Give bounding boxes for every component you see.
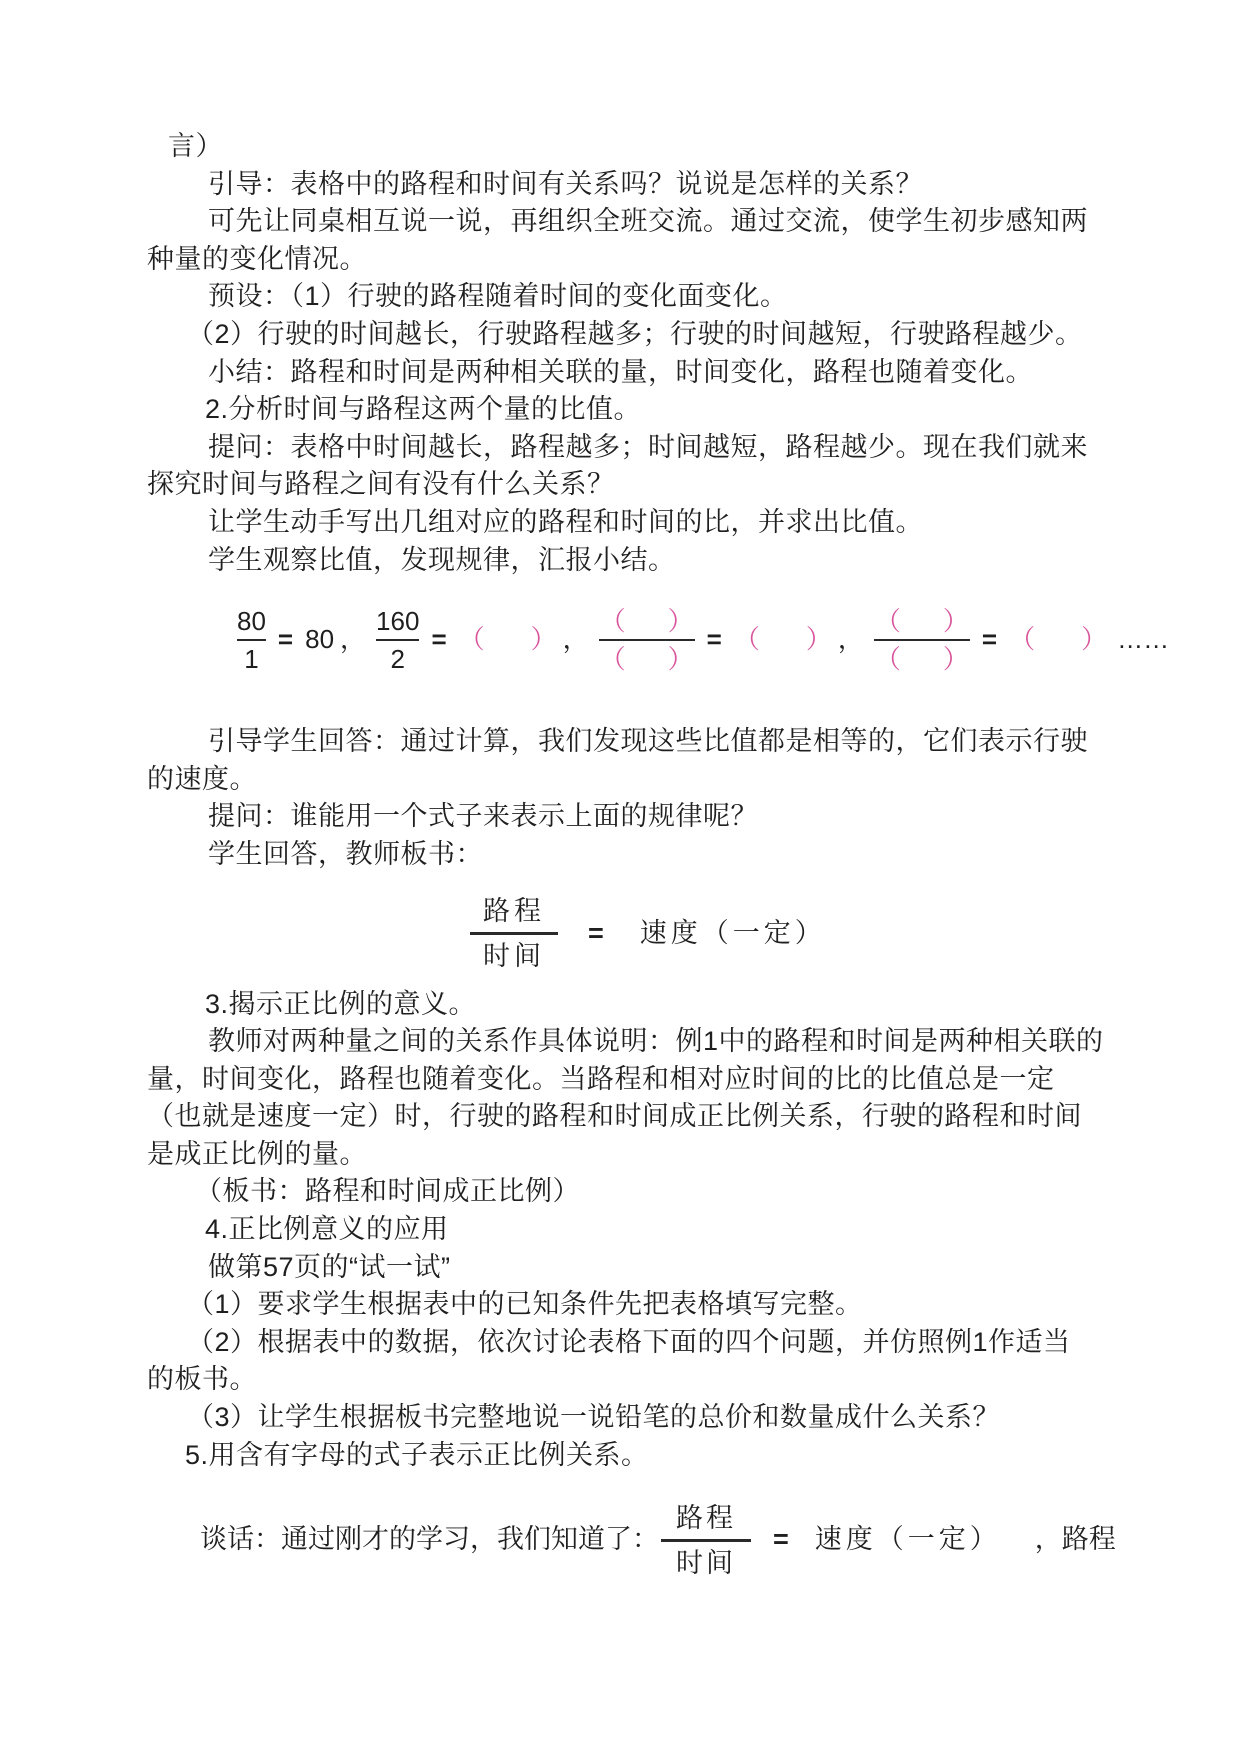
close-paren: ）	[806, 621, 832, 659]
ratio-value-80: 80	[305, 621, 334, 659]
text-line: （2）行驶的时间越长，行驶路程越多；行驶的时间越短，行驶路程越少。	[187, 316, 1112, 354]
fraction-denominator: （）	[600, 642, 694, 676]
open-paren: （	[1009, 621, 1035, 659]
fraction-denominator: 1	[244, 642, 258, 676]
text-line: 学生观察比值，发现规律，汇报小结。	[208, 542, 1112, 580]
open-paren: （	[875, 642, 901, 676]
text-line: 言）	[168, 128, 1112, 166]
open-paren: （	[600, 642, 626, 676]
blank-fraction: （） （）	[599, 604, 695, 676]
close-paren: ）	[668, 604, 694, 638]
fraction-numerator: （）	[875, 604, 969, 638]
closing-tail-text: ，路程	[1035, 1521, 1116, 1559]
text-line: 是成正比例的量。	[147, 1136, 1112, 1174]
blank-fraction: （） （）	[874, 604, 970, 676]
open-paren: （	[875, 604, 901, 638]
text-line: 提问：谁能用一个式子来表示上面的规律呢？	[208, 798, 1112, 836]
text-line: 量，时间变化，路程也随着变化。当路程和相对应时间的比的比值总是一定	[147, 1061, 1112, 1099]
blank-parens: （）	[1009, 621, 1107, 659]
blank-parens: （）	[459, 621, 557, 659]
fraction-bar	[661, 1539, 751, 1542]
comma: ，	[838, 621, 864, 659]
blank-parens: （）	[734, 621, 832, 659]
fraction-denominator: 时间	[483, 936, 545, 976]
fraction-bar	[470, 932, 558, 935]
formula-result: 速度（一定）	[640, 915, 826, 953]
fraction-bar	[874, 639, 970, 641]
text-line: 学生回答，教师板书：	[208, 836, 1112, 874]
text-line: 做第57页的“试一试”	[208, 1249, 1112, 1287]
text-line: 探究时间与路程之间有没有什么关系？	[147, 466, 1112, 504]
closing-lead-text: 谈话：通过刚才的学习，我们知道了：	[200, 1521, 659, 1559]
equals-sign: =	[705, 621, 724, 659]
fraction-numerator: （）	[600, 604, 694, 638]
equals-sign: =	[588, 915, 604, 953]
open-paren: （	[459, 621, 485, 659]
fraction-denominator: 时间	[676, 1543, 736, 1583]
formula-result: 速度（一定）	[815, 1521, 1001, 1559]
text-line: 教师对两种量之间的关系作具体说明：例1中的路程和时间是两种相关联的	[208, 1023, 1112, 1061]
text-line: 的板书。	[147, 1361, 1112, 1399]
open-paren: （	[734, 621, 760, 659]
text-line: 5.用含有字母的式子表示正比例关系。	[185, 1437, 1112, 1475]
comma: ，	[340, 621, 366, 659]
text-line: 可先让同桌相互说一说，再组织全班交流。通过交流，使学生初步感知两	[208, 203, 1112, 241]
text-line: 让学生动手写出几组对应的路程和时间的比，并求出比值。	[208, 504, 1112, 542]
text-line: （也就是速度一定）时，行驶的路程和时间成正比例关系，行驶的路程和时间	[147, 1098, 1112, 1136]
text-line: 4.正比例意义的应用	[205, 1211, 1112, 1249]
closing-line: 谈话：通过刚才的学习，我们知道了： 路程 时间 = 速度（一定） ，路程	[200, 1484, 1112, 1596]
text-line: （3）让学生根据板书完整地说一说铅笔的总价和数量成什么关系？	[187, 1399, 1112, 1437]
fraction-denominator: 2	[391, 642, 405, 676]
text-line: 种量的变化情况。	[147, 241, 1112, 279]
text-line: （板书：路程和时间成正比例）	[195, 1173, 1112, 1211]
distance-time-fraction: 路程 时间	[661, 1498, 751, 1583]
ratio-examples-row: 80 1 = 80 ， 160 2 = （） ， （） （） =	[237, 601, 1112, 679]
equals-sign: =	[773, 1521, 789, 1559]
close-paren: ）	[943, 642, 969, 676]
paragraph-block-2: 引导学生回答：通过计算，我们发现这些比值都是相等的，它们表示行驶的速度。提问：谁…	[147, 723, 1112, 873]
fraction-numerator: 路程	[676, 1498, 736, 1538]
distance-time-fraction: 路程 时间	[470, 891, 558, 976]
fraction-bar	[376, 639, 419, 641]
text-line: （2）根据表中的数据，依次讨论表格下面的四个问题，并仿照例1作适当	[187, 1324, 1112, 1362]
board-formula: 路程 时间 = 速度（一定）	[470, 890, 1112, 978]
fraction-denominator: （）	[875, 642, 969, 676]
close-paren: ）	[943, 604, 969, 638]
page-content: 言）引导：表格中的路程和时间有关系吗？说说是怎样的关系？可先让同桌相互说一说，再…	[147, 128, 1112, 1596]
text-line: 小结：路程和时间是两种相关联的量，时间变化，路程也随着变化。	[208, 354, 1112, 392]
text-line: 提问：表格中时间越长，路程越多；时间越短，路程越少。现在我们就来	[208, 429, 1112, 467]
text-line: 引导学生回答：通过计算，我们发现这些比值都是相等的，它们表示行驶	[208, 723, 1112, 761]
fraction-bar	[237, 639, 266, 641]
equals-sign: =	[276, 621, 295, 659]
document-page: 言）引导：表格中的路程和时间有关系吗？说说是怎样的关系？可先让同桌相互说一说，再…	[0, 0, 1241, 1754]
fraction-bar	[599, 639, 695, 641]
fraction-numerator: 路程	[483, 891, 545, 931]
equals-sign: =	[429, 621, 448, 659]
fraction-numerator: 160	[376, 604, 419, 638]
fraction-numerator: 80	[237, 604, 266, 638]
text-line: 预设：（1）行驶的路程随着时间的变化面变化。	[208, 278, 1112, 316]
text-line: 2.分析时间与路程这两个量的比值。	[205, 391, 1112, 429]
fraction-160-over-2: 160 2	[376, 604, 419, 676]
comma: ，	[563, 621, 589, 659]
equals-sign: =	[980, 621, 999, 659]
text-line: （1）要求学生根据表中的已知条件先把表格填写完整。	[187, 1286, 1112, 1324]
close-paren: ）	[1081, 621, 1107, 659]
open-paren: （	[600, 604, 626, 638]
ellipsis-dots: ……	[1117, 621, 1169, 659]
close-paren: ）	[531, 621, 557, 659]
paragraph-block-3: 3.揭示正比例的意义。教师对两种量之间的关系作具体说明：例1中的路程和时间是两种…	[147, 986, 1112, 1475]
text-line: 的速度。	[147, 761, 1112, 799]
fraction-80-over-1: 80 1	[237, 604, 266, 676]
text-line: 3.揭示正比例的意义。	[205, 986, 1112, 1024]
text-line: 引导：表格中的路程和时间有关系吗？说说是怎样的关系？	[208, 166, 1112, 204]
paragraph-block-1: 言）引导：表格中的路程和时间有关系吗？说说是怎样的关系？可先让同桌相互说一说，再…	[147, 128, 1112, 579]
close-paren: ）	[668, 642, 694, 676]
